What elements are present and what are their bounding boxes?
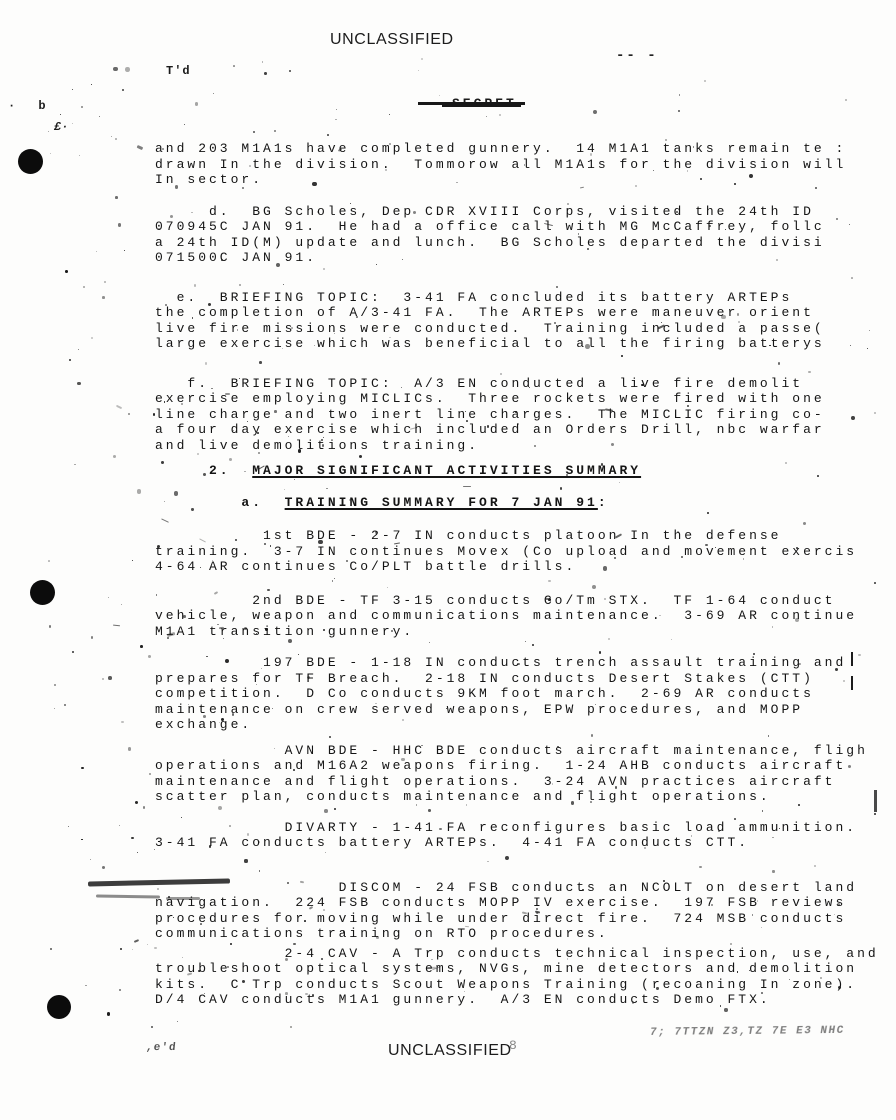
text-line: 070945C JAN 91. He had a office call wit… [155, 219, 895, 235]
paragraph: AVN BDE - HHC BDE conducts aircraft main… [155, 743, 895, 805]
text-line: exercise employing MICLICs. Three rocket… [155, 391, 895, 407]
text-line: M1A1 transition gunnery. [155, 624, 895, 640]
text-line: kits. C Trp conducts Scout Weapons Train… [155, 977, 895, 993]
hole-punch-dot [18, 149, 43, 174]
text-line: 2nd BDE - TF 3-15 conducts Co/Tm STX. TF… [155, 593, 895, 609]
paragraph: and 203 M1A1s have completed gunnery. 14… [155, 141, 895, 188]
text-line: troubleshoot optical systems, NVGs, mine… [155, 961, 895, 977]
page-number-mark: 8 [509, 1038, 517, 1053]
bleed-through-text: 7; 7TTZN Z3,TZ 7E E3 NHC [649, 1025, 846, 1039]
text-line: DISCOM - 24 FSB conducts an NCOLT on des… [155, 880, 895, 896]
text-line: a 24th ID(M) update and lunch. BG Schole… [155, 235, 895, 251]
text-line: In sector. [155, 172, 895, 188]
edge-tick-mark [851, 652, 853, 666]
text-line: DIVARTY - 1-41 FA reconfigures basic loa… [155, 820, 895, 836]
paragraph: 2-4 CAV - A Trp conducts technical inspe… [155, 946, 895, 1008]
margin-letter-mark: £· [54, 120, 68, 134]
section-heading: a. TRAINING SUMMARY FOR 7 JAN 91: [155, 495, 895, 511]
margin-tick-mark: · b [8, 99, 54, 113]
text-line: AVN BDE - HHC BDE conducts aircraft main… [155, 743, 895, 759]
paragraph: 197 BDE - 1-18 IN conducts trench assaul… [155, 655, 895, 733]
corner-dash-marks: -- - [616, 48, 658, 64]
paragraph: DISCOM - 24 FSB conducts an NCOLT on des… [155, 880, 895, 942]
text-line: live fire missions were conducted. Train… [155, 321, 895, 337]
text-line: and 203 M1A1s have completed gunnery. 14… [155, 141, 895, 157]
text-line: large exercise which was beneficial to a… [155, 336, 895, 352]
paragraph: DIVARTY - 1-41 FA reconfigures basic loa… [155, 820, 895, 851]
text-line: 071500C JAN 91. [155, 250, 895, 266]
text-line: communications training on RTO procedure… [155, 926, 895, 942]
section-heading: 2. MAJOR SIGNIFICANT ACTIVITIES SUMMARY [155, 463, 895, 479]
header-classification-stamp: UNCLASSIFIED [330, 31, 454, 49]
paragraph: f. BRIEFING TOPIC: A/3 EN conducted a li… [155, 376, 895, 454]
text-line: D/4 CAV conducts M1A1 gunnery. A/3 EN co… [155, 992, 895, 1008]
text-line: operations and M16A2 weapons firing. 1-2… [155, 758, 895, 774]
text-line: navigation. 224 FSB conducts MOPP IV exe… [155, 895, 895, 911]
text-line: drawn In the division. Tommorow all M1A1… [155, 157, 895, 173]
hole-punch-dot [30, 580, 55, 605]
ink-smudge [96, 894, 160, 898]
text-line: procedures for moving while under direct… [155, 911, 895, 927]
text-line: exchange. [155, 717, 895, 733]
text-line: line charge and two inert line charges. … [155, 407, 895, 423]
text-line: and live demolitions training. [155, 438, 895, 454]
paragraph: e. BRIEFING TOPIC: 3-41 FA concluded its… [155, 290, 895, 352]
text-line: 3-41 FA conducts battery ARTEPs. 4-41 FA… [155, 835, 895, 851]
text-line: f. BRIEFING TOPIC: A/3 EN conducted a li… [155, 376, 895, 392]
crossed-out-secret-stamp: SECRET [452, 96, 517, 111]
scanned-document-page: UNCLASSIFIED T'd -- - SECRET £· · b and … [0, 0, 896, 1120]
text-line: 197 BDE - 1-18 IN conducts trench assaul… [155, 655, 895, 671]
text-line: 4-64 AR continues Co/PLT battle drills. [155, 559, 895, 575]
text-line: maintenance on crew served weapons, EPW … [155, 702, 895, 718]
text-line: scatter plan, conducts maintenance and f… [155, 789, 895, 805]
paragraph: 1st BDE - 2-7 IN conducts platoon In the… [155, 528, 895, 575]
handwritten-mark-bottom: ,e'd [145, 1042, 177, 1054]
text-line: vehicle, weapon and communications maint… [155, 608, 895, 624]
edge-tick-mark [874, 790, 877, 812]
text-line: e. BRIEFING TOPIC: 3-41 FA concluded its… [155, 290, 895, 306]
text-line: 1st BDE - 2-7 IN conducts platoon In the… [155, 528, 895, 544]
handwritten-mark-top: T'd [166, 64, 191, 78]
text-line: d. BG Scholes, Dep CDR XVIII Corps, visi… [155, 204, 895, 220]
text-line: prepares for TF Breach. 2-18 IN conducts… [155, 671, 895, 687]
document-body: and 203 M1A1s have completed gunnery. 14… [155, 141, 895, 1008]
text-line: a four day exercise which included an Or… [155, 422, 895, 438]
hole-punch-dot [47, 995, 71, 1019]
strikethrough-bar-thin [442, 105, 521, 107]
text-line: maintenance and flight operations. 3-24 … [155, 774, 895, 790]
footer-classification-stamp: UNCLASSIFIED [388, 1042, 512, 1060]
text-line: 2-4 CAV - A Trp conducts technical inspe… [155, 946, 895, 962]
text-line: competition. D Co conducts 9KM foot marc… [155, 686, 895, 702]
edge-tick-mark [851, 676, 853, 690]
text-line: the completion of A/3-41 FA. The ARTEPs … [155, 305, 895, 321]
paragraph: d. BG Scholes, Dep CDR XVIII Corps, visi… [155, 204, 895, 266]
ink-smudge [166, 897, 200, 900]
paragraph: 2nd BDE - TF 3-15 conducts Co/Tm STX. TF… [155, 593, 895, 640]
text-line: training. 3-7 IN continues Movex (Co upl… [155, 544, 895, 560]
